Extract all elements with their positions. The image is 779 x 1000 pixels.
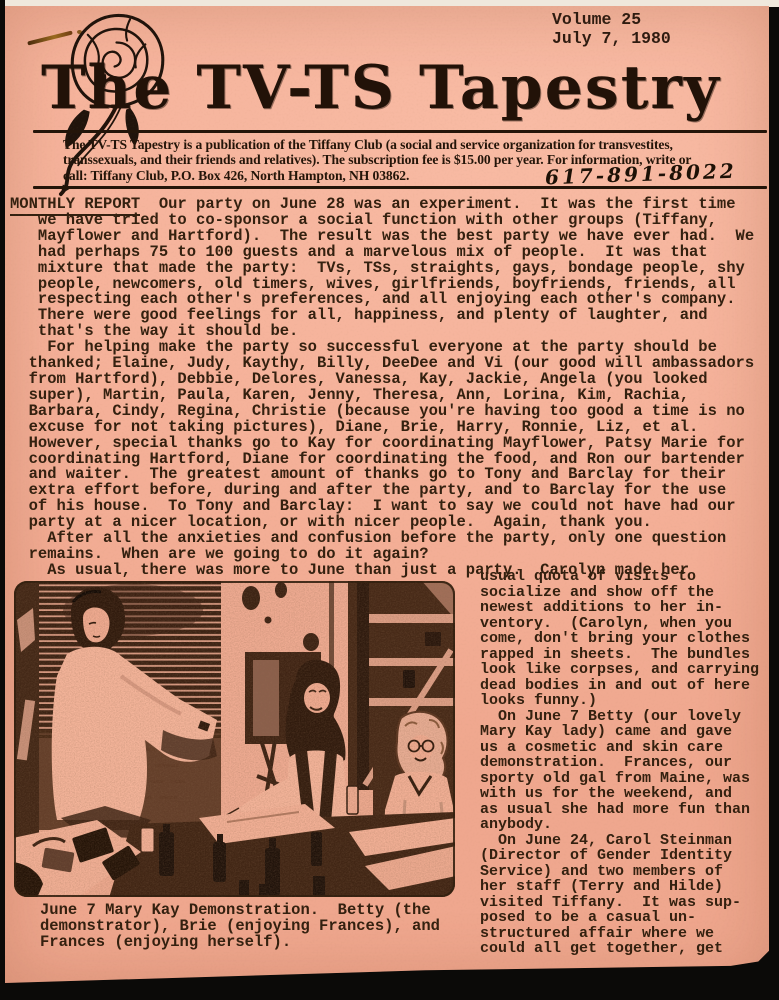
masthead-line-1: The TV-TS Tapestry is a publication of t…: [63, 137, 767, 153]
article-text: Our party on June 28 was an experiment. …: [10, 195, 754, 579]
newsletter-title: The TV-TS Tapestry: [41, 58, 721, 118]
masthead-line-1-rest: is a publication of the Tiffany Club (a …: [180, 137, 673, 152]
issue-info: Volume 25 July 7, 1980: [552, 10, 671, 48]
photo-caption: June 7 Mary Kay Demonstration. Betty (th…: [40, 902, 440, 950]
article-right-column: usual quota of visits to socialize and s…: [480, 569, 759, 957]
party-photo: [13, 580, 456, 898]
photo-illustration: [13, 580, 456, 898]
volume-label: Volume 25: [552, 10, 671, 29]
date-label: July 7, 1980: [552, 29, 671, 48]
scan-top-edge: [5, 0, 779, 7]
masthead-rule-bottom: [33, 186, 767, 189]
article-body: MONTHLY REPORT Our party on June 28 was …: [10, 197, 754, 579]
masthead-lead: The TV-TS Tapestry: [63, 137, 180, 152]
newsletter-page: Volume 25 July 7, 1980 The TV-TS Tapestr…: [5, 6, 769, 984]
masthead: The TV-TS Tapestry is a publication of t…: [33, 130, 767, 189]
